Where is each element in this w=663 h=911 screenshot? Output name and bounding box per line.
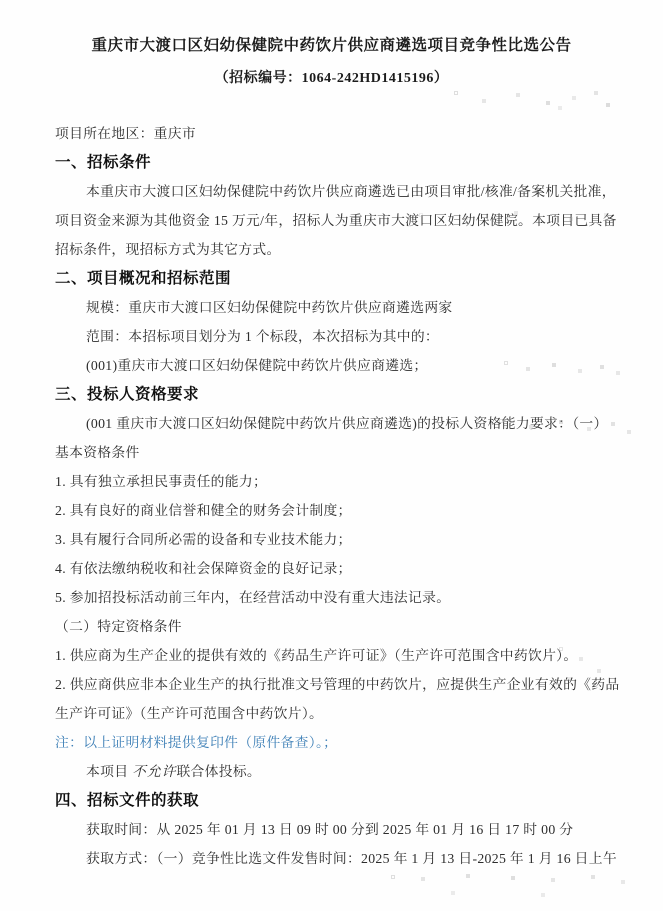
document-title: 重庆市大渡口区妇幼保健院中药饮片供应商遴选项目竞争性比选公告 bbox=[0, 33, 663, 55]
special-qualification-title: （二）特定资格条件 bbox=[55, 612, 645, 641]
obtain-method-line: 获取方式：（一）竞争性比选文件发售时间：2025 年 1 月 13 日-2025… bbox=[55, 844, 645, 873]
basic-qualification-title: 基本资格条件 bbox=[55, 438, 645, 467]
obtain-time-line: 获取时间：从 2025 年 01 月 13 日 09 时 00 分到 2025 … bbox=[55, 815, 645, 844]
qualification-intro-line: (001 重庆市大渡口区妇幼保健院中药饮片供应商遴选)的投标人资格能力要求：（一… bbox=[55, 409, 645, 438]
joint-bid-suffix: 联合体投标。 bbox=[176, 764, 261, 779]
scan-noise-mid-right-3 bbox=[500, 420, 502, 422]
basic-item-5: 5. 参加招投标活动前三年内，在经营活动中没有重大违法记录。 bbox=[55, 583, 645, 612]
basic-item-4: 4. 有依法缴纳税收和社会保障资金的良好记录； bbox=[55, 554, 645, 583]
joint-bid-prefix: 本项目 bbox=[86, 764, 132, 779]
special-item-1: 1. 供应商为生产企业的提供有效的《药品生产许可证》（生产许可范围含中药饮片）。 bbox=[55, 641, 645, 670]
scan-noise-mid-right-1 bbox=[420, 214, 422, 216]
scanned-document-page: 重庆市大渡口区妇幼保健院中药饮片供应商遴选项目竞争性比选公告 （招标编号：106… bbox=[0, 0, 663, 911]
document-header: 重庆市大渡口区妇幼保健院中药饮片供应商遴选项目竞争性比选公告 （招标编号：106… bbox=[0, 0, 663, 87]
section1-paragraph-line2: 项目资金来源为其他资金 15 万元/年，招标人为重庆市大渡口区妇幼保健院。本项目… bbox=[55, 206, 645, 235]
copy-materials-note: 注：以上证明材料提供复印件（原件备查）。； bbox=[55, 728, 645, 757]
tender-number: （招标编号：1064-242HD1415196） bbox=[0, 67, 663, 87]
project-scale-line: 规模：重庆市大渡口区妇幼保健院中药饮片供应商遴选两家 bbox=[55, 293, 645, 322]
section1-paragraph-line3: 招标条件，现招标方式为其它方式。 bbox=[55, 235, 645, 264]
joint-bid-line: 本项目 不允许联合体投标。 bbox=[55, 757, 645, 786]
special-item-2-line1: 2. 供应商供应非本企业生产的执行批准文号管理的中药饮片，应提供生产企业有效的《… bbox=[55, 670, 645, 699]
lot-001-line: (001)重庆市大渡口区妇幼保健院中药饮片供应商遴选； bbox=[55, 351, 645, 380]
section1-heading: 一、招标条件 bbox=[55, 148, 645, 177]
section3-heading: 三、投标人资格要求 bbox=[55, 380, 645, 409]
document-body: 项目所在地区：重庆市 一、招标条件 本重庆市大渡口区妇幼保健院中药饮片供应商遴选… bbox=[55, 119, 645, 873]
section2-heading: 二、项目概况和招标范围 bbox=[55, 264, 645, 293]
basic-item-1: 1. 具有独立承担民事责任的能力； bbox=[55, 467, 645, 496]
special-item-2-line2: 生产许可证》（生产许可范围含中药饮片）。 bbox=[55, 699, 645, 728]
project-scope-line: 范围：本招标项目划分为 1 个标段，本次招标为其中的： bbox=[55, 322, 645, 351]
section4-heading: 四、招标文件的获取 bbox=[55, 786, 645, 815]
scan-noise-bottom bbox=[392, 876, 394, 878]
joint-bid-not-allowed: 不允许 bbox=[132, 764, 176, 779]
scan-noise-mid-right-2 bbox=[505, 362, 507, 364]
basic-item-2: 2. 具有良好的商业信誉和健全的财务会计制度； bbox=[55, 496, 645, 525]
section1-paragraph-line1: 本重庆市大渡口区妇幼保健院中药饮片供应商遴选已由项目审批/核准/备案机关批准， bbox=[55, 177, 645, 206]
scan-noise-lower-right bbox=[560, 648, 562, 650]
basic-item-3: 3. 具有履行合同所必需的设备和专业技术能力； bbox=[55, 525, 645, 554]
project-location-line: 项目所在地区：重庆市 bbox=[55, 119, 645, 148]
scan-noise-top-right bbox=[455, 92, 457, 94]
